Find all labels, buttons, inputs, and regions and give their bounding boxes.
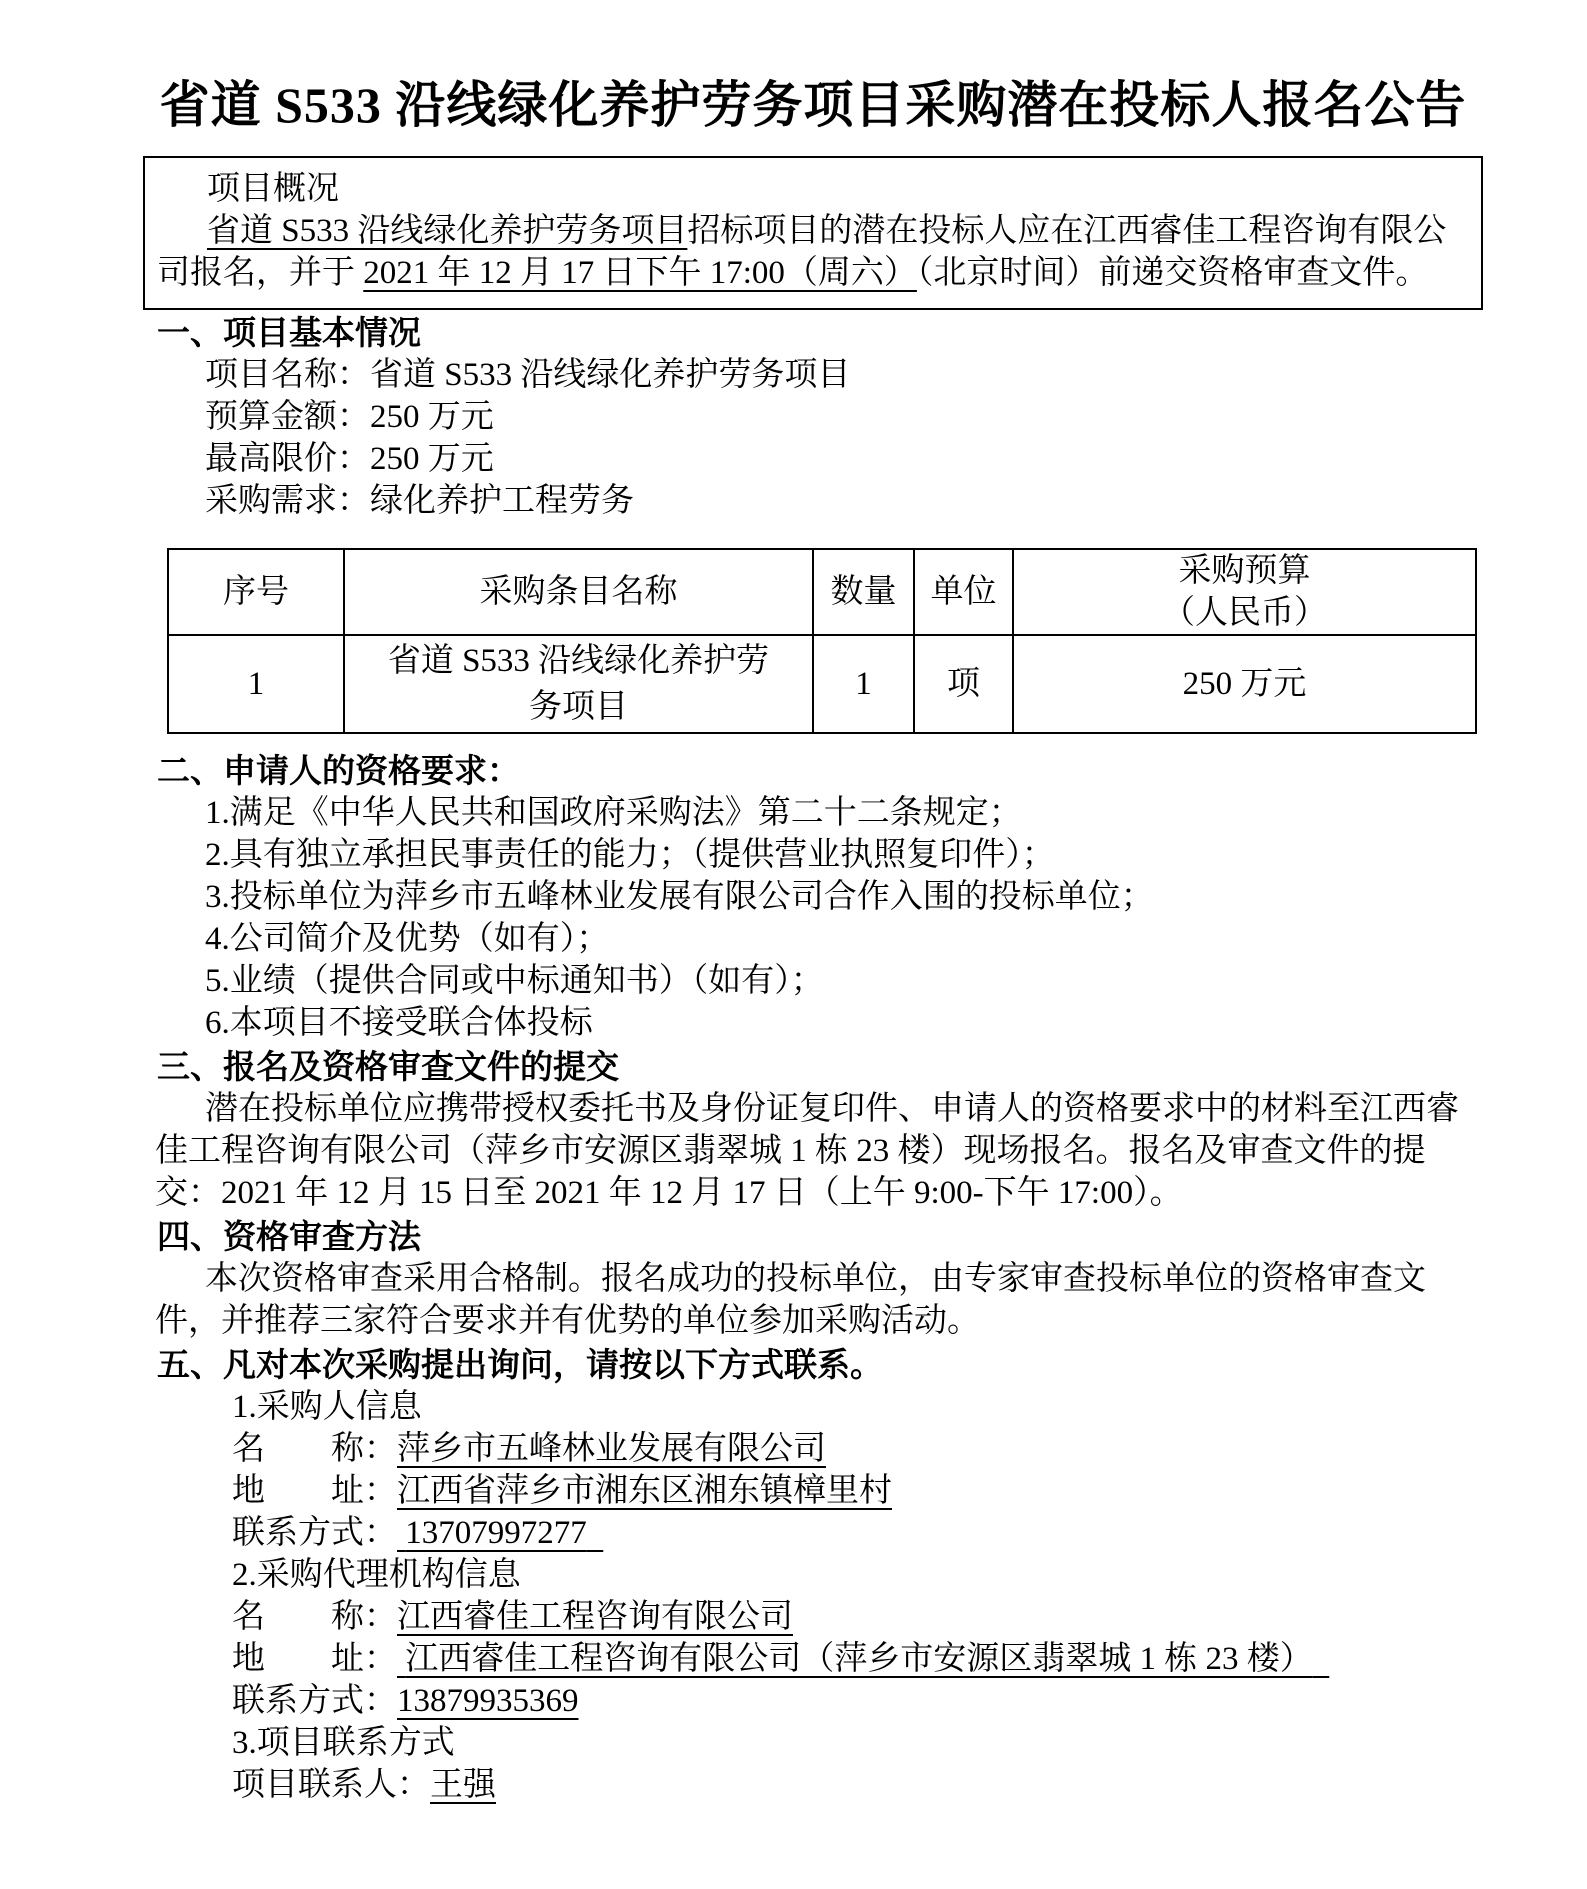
submission-paragraph: 潜在投标单位应携带授权委托书及身份证复印件、申请人的资格要求中的材料至江西睿佳工… [143,1088,1483,1214]
table-header-budget: 采购预算 （人民币） [1013,549,1476,635]
agency-name-row: 名 称：江西睿佳工程咨询有限公司 [143,1596,1483,1638]
qualification-item-5: 5.业绩（提供合同或中标通知书）（如有）； [143,960,1483,1002]
overview-text-2: （北京时间）前递交资格审查文件。 [917,255,1429,291]
overview-label: 项目概况 [157,168,1467,210]
purchaser-name-row: 名 称：萍乡市五峰林业发展有限公司 [143,1428,1483,1470]
agency-address-row: 地 址：江西睿佳工程咨询有限公司（萍乡市安源区翡翠城 1 栋 23 楼） [143,1638,1483,1680]
table-cell-unit: 项 [914,635,1013,733]
project-contact-row: 项目联系人：王强 [143,1764,1483,1806]
purchaser-phone-row: 联系方式：13707997277 [143,1512,1483,1554]
qualification-item-6: 6.本项目不接受联合体投标 [143,1002,1483,1044]
purchaser-address-row: 地 址：江西省萍乡市湘东区湘东镇樟里村 [143,1470,1483,1512]
agency-address-value: 江西睿佳工程咨询有限公司（萍乡市安源区翡翠城 1 栋 23 楼） [397,1641,1329,1677]
section-basic-heading: 一、项目基本情况 [143,312,1483,354]
purchaser-info-heading: 1.采购人信息 [143,1386,1483,1428]
project-contact-heading: 3.项目联系方式 [143,1722,1483,1764]
table-cell-budget: 250 万元 [1013,635,1476,733]
overview-deadline: 2021 年 12 月 17 日下午 17:00（周六） [363,255,917,291]
table-cell-seq: 1 [168,635,344,733]
purchaser-phone-label: 联系方式： [232,1515,397,1551]
agency-info-heading: 2.采购代理机构信息 [143,1554,1483,1596]
table-row: 1 省道 S533 沿线绿化养护劳务项目 1 项 250 万元 [168,635,1476,733]
overview-paragraph: 省道 S533 沿线绿化养护劳务项目招标项目的潜在投标人应在江西睿佳工程咨询有限… [157,210,1467,294]
procurement-items-table: 序号 采购条目名称 数量 单位 采购预算 （人民币） 1 省道 S533 沿线绿… [167,548,1477,734]
project-contact-value: 王强 [430,1767,496,1803]
qualification-item-1: 1.满足《中华人民共和国政府采购法》第二十二条规定； [143,792,1483,834]
purchaser-phone-value: 13707997277 [397,1515,603,1551]
announcement-page: 省道 S533 沿线绿化养护劳务项目采购潜在投标人报名公告 项目概况 省道 S5… [0,0,1587,1806]
purchaser-address-label: 地 址： [232,1473,397,1509]
basic-item-project-name: 项目名称：省道 S533 沿线绿化养护劳务项目 [143,354,1483,396]
agency-phone-row: 联系方式：13879935369 [143,1680,1483,1722]
agency-address-label: 地 址： [232,1641,397,1677]
basic-item-demand: 采购需求：绿化养护工程劳务 [143,480,1483,522]
purchaser-name-value: 萍乡市五峰林业发展有限公司 [397,1431,826,1467]
purchaser-name-label: 名 称： [232,1431,397,1467]
table-header-unit: 单位 [914,549,1013,635]
basic-item-budget: 预算金额：250 万元 [143,396,1483,438]
agency-name-value: 江西睿佳工程咨询有限公司 [397,1599,793,1635]
project-overview-box: 项目概况 省道 S533 沿线绿化养护劳务项目招标项目的潜在投标人应在江西睿佳工… [143,156,1483,310]
agency-phone-value: 13879935369 [397,1683,579,1719]
qualification-item-2: 2.具有独立承担民事责任的能力；（提供营业执照复印件）； [143,834,1483,876]
table-cell-quantity: 1 [813,635,914,733]
qualification-item-4: 4.公司简介及优势（如有）； [143,918,1483,960]
agency-name-label: 名 称： [232,1599,397,1635]
table-header-quantity: 数量 [813,549,914,635]
agency-phone-label: 联系方式： [232,1683,397,1719]
section-submission-heading: 三、报名及资格审查文件的提交 [143,1046,1483,1088]
purchaser-address-value: 江西省萍乡市湘东区湘东镇樟里村 [397,1473,892,1509]
table-header-item-name: 采购条目名称 [344,549,813,635]
table-header-seq: 序号 [168,549,344,635]
review-paragraph: 本次资格审查采用合格制。报名成功的投标单位，由专家审查投标单位的资格审查文件，并… [143,1258,1483,1342]
qualification-item-3: 3.投标单位为萍乡市五峰林业发展有限公司合作入围的投标单位； [143,876,1483,918]
table-header-row: 序号 采购条目名称 数量 单位 采购预算 （人民币） [168,549,1476,635]
project-contact-label: 项目联系人： [232,1767,430,1803]
section-contact-heading: 五、凡对本次采购提出询问，请按以下方式联系。 [143,1344,1483,1386]
basic-item-price-cap: 最高限价：250 万元 [143,438,1483,480]
page-title: 省道 S533 沿线绿化养护劳务项目采购潜在投标人报名公告 [143,74,1483,136]
overview-project-name: 省道 S533 沿线绿化养护劳务项目 [207,213,687,249]
section-review-heading: 四、资格审查方法 [143,1216,1483,1258]
table-cell-item-name: 省道 S533 沿线绿化养护劳务项目 [344,635,813,733]
section-qualification-heading: 二、申请人的资格要求： [143,750,1483,792]
